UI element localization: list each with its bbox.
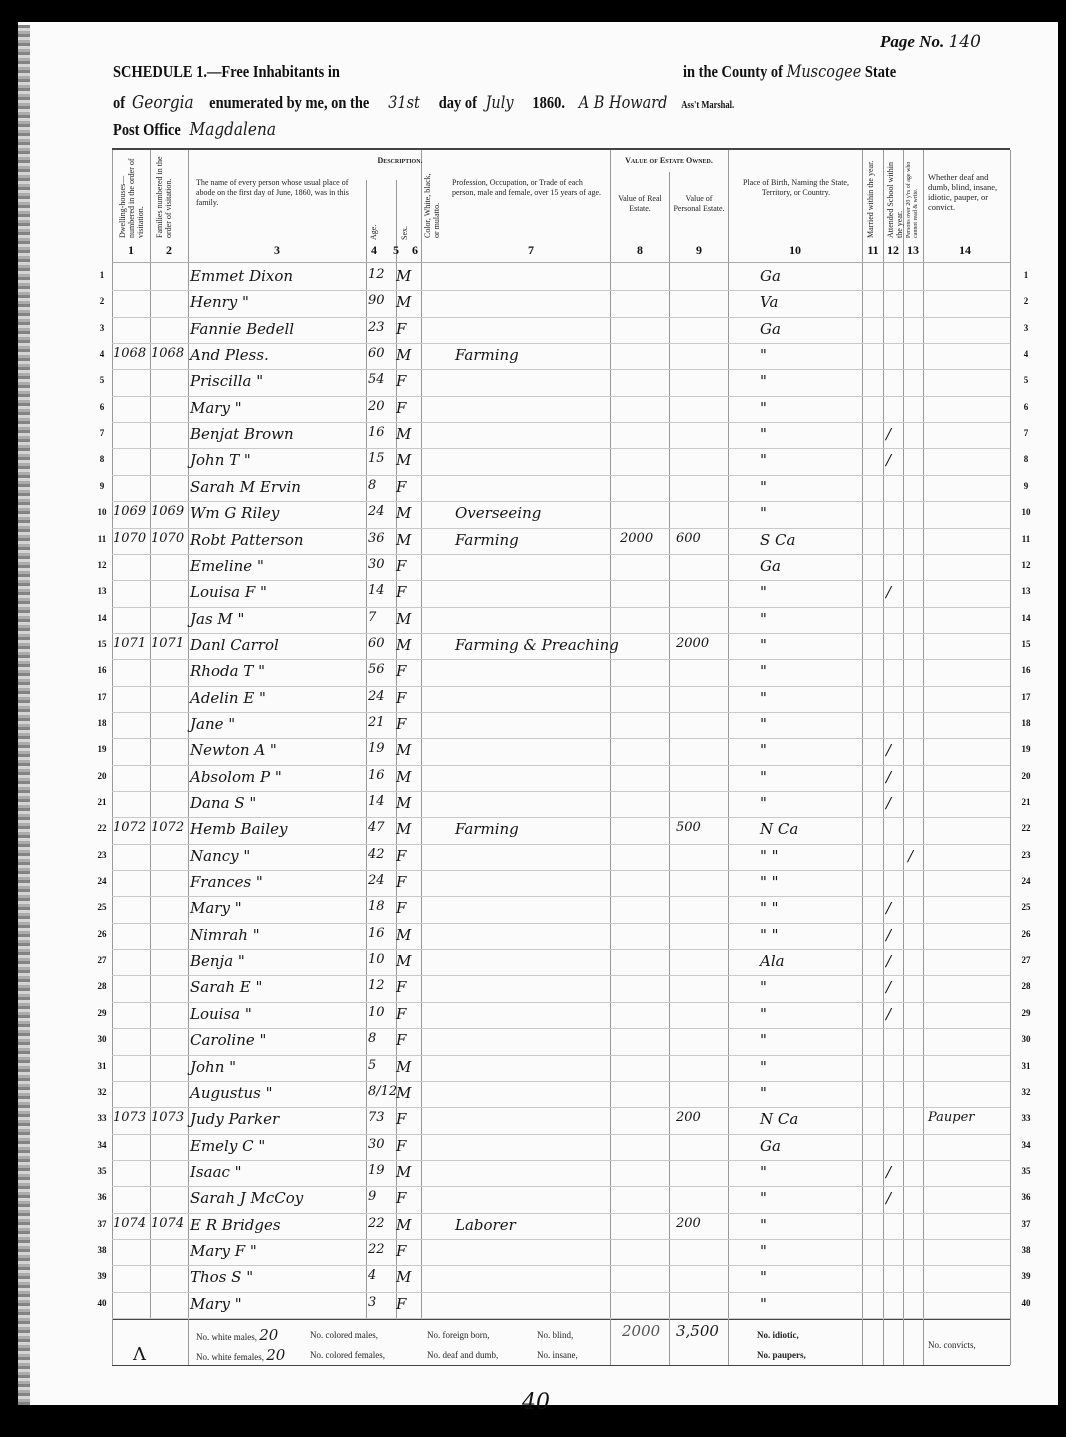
- person-name: Thos S ": [190, 1268, 253, 1286]
- person-age: 42: [368, 847, 385, 862]
- line-number-right: 10: [1018, 507, 1034, 517]
- line-number-right: 39: [1018, 1271, 1034, 1281]
- line-number-left: 32: [94, 1087, 110, 1097]
- person-age: 5: [368, 1058, 376, 1073]
- birthplace: " ": [760, 899, 779, 917]
- line-number-right: 34: [1018, 1140, 1034, 1150]
- col-line: [150, 150, 151, 1318]
- birthplace: ": [760, 583, 767, 601]
- person-age: 24: [368, 504, 385, 519]
- person-sex: F: [396, 320, 406, 338]
- person-name: Emmet Dixon: [190, 267, 293, 285]
- person-sex: F: [396, 372, 406, 390]
- person-age: 30: [368, 557, 385, 572]
- line-number-left: 39: [94, 1271, 110, 1281]
- person-age: 54: [368, 372, 385, 387]
- line-number-right: 29: [1018, 1008, 1034, 1018]
- line-number-right: 33: [1018, 1113, 1034, 1123]
- person-sex: F: [396, 689, 406, 707]
- dwelling-number: 1072: [113, 820, 146, 835]
- line-number-left: 3: [94, 323, 110, 333]
- line-number-left: 24: [94, 876, 110, 886]
- col-line: [421, 150, 422, 1318]
- row-divider: [112, 896, 1010, 897]
- footer-white-females: No. white females, 20: [196, 1346, 285, 1364]
- line-number-left: 38: [94, 1245, 110, 1255]
- col-number: 3: [262, 243, 292, 258]
- person-sex: M: [396, 1216, 411, 1234]
- person-age: 36: [368, 531, 385, 546]
- person-sex: M: [396, 1268, 411, 1286]
- row-divider: [112, 580, 1010, 581]
- birthplace: ": [760, 346, 767, 364]
- birthplace: ": [760, 978, 767, 996]
- person-name: Frances ": [190, 873, 263, 891]
- line-number-left: 6: [94, 402, 110, 412]
- person-sex: F: [396, 1295, 406, 1313]
- line-number-left: 14: [94, 613, 110, 623]
- person-sex: M: [396, 1084, 411, 1102]
- birthplace: ": [760, 504, 767, 522]
- line-number-left: 20: [94, 771, 110, 781]
- row-divider: [112, 607, 1010, 608]
- person-sex: F: [396, 1110, 406, 1128]
- school-mark: /: [886, 978, 891, 996]
- line-number-left: 10: [94, 507, 110, 517]
- row-divider: [112, 975, 1010, 976]
- line-number-right: 38: [1018, 1245, 1034, 1255]
- person-name: Mary ": [190, 1295, 242, 1313]
- person-name: Robt Patterson: [190, 531, 304, 549]
- state-value: Georgia: [132, 92, 194, 113]
- person-name: Sarah E ": [190, 978, 262, 996]
- school-mark: /: [886, 952, 891, 970]
- col-header-name: The name of every person whose usual pla…: [196, 178, 361, 208]
- line-number-left: 5: [94, 375, 110, 385]
- line-number-right: 36: [1018, 1192, 1034, 1202]
- col-header-school: Attended School within the year.: [886, 156, 904, 238]
- row-divider: [112, 923, 1010, 924]
- person-sex: M: [396, 1058, 411, 1076]
- birthplace: ": [760, 399, 767, 417]
- col-line: [112, 150, 113, 1365]
- footer-deaf-dumb: No. deaf and dumb,: [427, 1350, 498, 1360]
- person-sex: M: [396, 636, 411, 654]
- birthplace: ": [760, 451, 767, 469]
- person-age: 8: [368, 478, 376, 493]
- birthplace: ": [760, 1189, 767, 1207]
- birthplace: ": [760, 689, 767, 707]
- school-mark: /: [886, 1163, 891, 1181]
- line-number-left: 40: [94, 1298, 110, 1308]
- row-divider: [112, 870, 1010, 871]
- birthplace: ": [760, 1084, 767, 1102]
- person-name: Rhoda T ": [190, 662, 265, 680]
- person-age: 19: [368, 1163, 385, 1178]
- line-number-right: 32: [1018, 1087, 1034, 1097]
- line-number-left: 18: [94, 718, 110, 728]
- line-number-left: 21: [94, 797, 110, 807]
- line-number-right: 18: [1018, 718, 1034, 728]
- person-sex: M: [396, 293, 411, 311]
- footer-white-males: No. white males, 20: [196, 1326, 278, 1344]
- person-sex: F: [396, 1137, 406, 1155]
- line-number-left: 30: [94, 1034, 110, 1044]
- person-age: 20: [368, 399, 385, 414]
- row-divider: [112, 317, 1010, 318]
- person-name: Absolom P ": [190, 768, 282, 786]
- col-header-personal-estate: Value of Personal Estate.: [673, 194, 725, 214]
- person-name: Danl Carrol: [190, 636, 279, 654]
- line-number-left: 13: [94, 586, 110, 596]
- birthplace: " ": [760, 926, 779, 944]
- person-sex: M: [396, 610, 411, 628]
- person-name: Isaac ": [190, 1163, 242, 1181]
- person-sex: M: [396, 952, 411, 970]
- person-age: 22: [368, 1242, 385, 1257]
- person-sex: F: [396, 583, 406, 601]
- line-number-right: 9: [1018, 481, 1034, 491]
- line-number-left: 31: [94, 1061, 110, 1071]
- person-name: Jas M ": [190, 610, 244, 628]
- col-line: [188, 150, 189, 1365]
- school-mark: /: [886, 583, 891, 601]
- person-name: Newton A ": [190, 741, 277, 759]
- row-divider: [112, 712, 1010, 713]
- person-sex: F: [396, 478, 406, 496]
- condition: Pauper: [928, 1110, 975, 1125]
- person-name: Benja ": [190, 952, 245, 970]
- person-occupation: Farming & Preaching: [455, 636, 619, 654]
- footer-paupers: No. paupers,: [757, 1350, 806, 1360]
- col-line: [903, 150, 904, 1365]
- line-number-left: 36: [94, 1192, 110, 1202]
- col-number: 2: [154, 243, 184, 258]
- row-divider: [112, 686, 1010, 687]
- person-age: 9: [368, 1189, 376, 1204]
- person-age: 19: [368, 741, 385, 756]
- person-name: Priscilla ": [190, 372, 263, 390]
- dwelling-number: 1074: [113, 1216, 146, 1231]
- line-number-left: 33: [94, 1113, 110, 1123]
- line-number-left: 1: [94, 270, 110, 280]
- col-header-age: Age.: [369, 210, 378, 240]
- line-number-right: 2: [1018, 296, 1034, 306]
- of-label: of: [113, 93, 125, 112]
- person-name: Dana S ": [190, 794, 256, 812]
- dwelling-number: 1073: [113, 1110, 146, 1125]
- line-number-right: 5: [1018, 375, 1034, 385]
- person-sex: M: [396, 504, 411, 522]
- row-divider: [112, 1107, 1010, 1108]
- person-name: Mary F ": [190, 1242, 257, 1260]
- line-number-left: 23: [94, 850, 110, 860]
- line-number-left: 29: [94, 1008, 110, 1018]
- person-name: Hemb Bailey: [190, 820, 287, 838]
- col-line: [366, 180, 367, 1318]
- person-name: And Pless.: [190, 346, 269, 364]
- person-sex: M: [396, 425, 411, 443]
- person-age: 16: [368, 926, 385, 941]
- person-sex: M: [396, 451, 411, 469]
- person-sex: F: [396, 899, 406, 917]
- person-sex: F: [396, 1005, 406, 1023]
- col-number: 13: [898, 243, 928, 258]
- person-age: 60: [368, 346, 385, 361]
- state-label: State: [865, 62, 896, 81]
- dwelling-number: 1069: [113, 504, 146, 519]
- family-number: 1074: [151, 1216, 184, 1231]
- cannot-read-mark: /: [908, 847, 913, 865]
- margin-mark: Λ: [133, 1344, 146, 1365]
- binding-edge: [18, 25, 30, 1405]
- birthplace: ": [760, 636, 767, 654]
- birthplace: ": [760, 1268, 767, 1286]
- page-number: Page No. 140: [880, 32, 981, 52]
- day-of-label: day of: [439, 93, 477, 112]
- col-number: 1: [116, 243, 146, 258]
- birthplace: N Ca: [760, 1110, 798, 1128]
- birthplace: ": [760, 1216, 767, 1234]
- post-office-line: Post Office Magdalena: [113, 119, 276, 140]
- person-occupation: Farming: [455, 346, 519, 364]
- line-number-right: 28: [1018, 981, 1034, 991]
- line-number-right: 16: [1018, 665, 1034, 675]
- school-mark: /: [886, 794, 891, 812]
- footer-blind: No. blind,: [537, 1330, 573, 1340]
- person-sex: M: [396, 346, 411, 364]
- row-divider: [112, 1213, 1010, 1214]
- white-females-label: No. white females,: [196, 1352, 264, 1362]
- marshal-name: A B Howard: [579, 93, 668, 113]
- school-mark: /: [886, 899, 891, 917]
- person-age: 3: [368, 1295, 376, 1310]
- person-age: 8/12: [368, 1084, 397, 1099]
- school-mark: /: [886, 451, 891, 469]
- footer-insane: No. insane,: [537, 1350, 578, 1360]
- col-line: [1010, 150, 1011, 1365]
- col-line: [862, 150, 863, 1365]
- person-name: Henry ": [190, 293, 249, 311]
- birthplace: ": [760, 1058, 767, 1076]
- col-header-cannot-read: Persons over 20 y'rs of age who cannot r…: [906, 152, 920, 238]
- row-divider: [112, 949, 1010, 950]
- col-number: 8: [625, 243, 655, 258]
- col-header-value-group: Value of Estate Owned.: [612, 156, 726, 166]
- person-name: John ": [190, 1058, 236, 1076]
- birthplace: Ga: [760, 320, 781, 338]
- col-line: [923, 150, 924, 1365]
- col-line: [610, 150, 611, 1365]
- person-age: 12: [368, 267, 385, 282]
- col-header-family: Families numbered in the order of visita…: [155, 156, 173, 238]
- page-number-label: Page No.: [880, 32, 944, 51]
- row-divider: [112, 343, 1010, 344]
- post-office-value: Magdalena: [190, 119, 276, 140]
- person-name: Caroline ": [190, 1031, 266, 1049]
- bottom-annotation: 40: [522, 1390, 550, 1415]
- line-number-right: 22: [1018, 823, 1034, 833]
- col-number: 14: [950, 243, 980, 258]
- birthplace: " ": [760, 873, 779, 891]
- person-age: 12: [368, 978, 385, 993]
- line-number-right: 30: [1018, 1034, 1034, 1044]
- row-divider: [112, 290, 1010, 291]
- person-sex: F: [396, 662, 406, 680]
- page-number-value: 140: [948, 32, 980, 52]
- person-name: Mary ": [190, 399, 242, 417]
- white-males-label: No. white males,: [196, 1332, 257, 1342]
- person-age: 7: [368, 610, 376, 625]
- white-males-value: 20: [259, 1326, 278, 1344]
- row-divider: [112, 1028, 1010, 1029]
- person-name: Louisa ": [190, 1005, 252, 1023]
- line-number-right: 26: [1018, 929, 1034, 939]
- row-divider: [112, 1002, 1010, 1003]
- birthplace: Va: [760, 293, 778, 311]
- dwelling-number: 1071: [113, 636, 146, 651]
- line-number-left: 25: [94, 902, 110, 912]
- row-divider: [112, 501, 1010, 502]
- row-divider: [112, 554, 1010, 555]
- line-number-right: 4: [1018, 349, 1034, 359]
- personal-estate-value: 600: [676, 531, 701, 546]
- person-name: Fannie Bedell: [190, 320, 294, 338]
- person-sex: F: [396, 557, 406, 575]
- person-sex: M: [396, 794, 411, 812]
- col-header-condition: Whether deaf and dumb, blind, insane, id…: [928, 172, 1008, 212]
- line-number-right: 31: [1018, 1061, 1034, 1071]
- footer-colored-females: No. colored females,: [310, 1350, 385, 1360]
- col-number: 6: [400, 243, 430, 258]
- row-divider: [112, 817, 1010, 818]
- birthplace: " ": [760, 847, 779, 865]
- row-divider: [112, 1239, 1010, 1240]
- school-mark: /: [886, 1005, 891, 1023]
- county-value: Muscogee: [787, 62, 862, 82]
- line-number-left: 26: [94, 929, 110, 939]
- line-number-right: 21: [1018, 797, 1034, 807]
- row-divider: [112, 633, 1010, 634]
- personal-estate-value: 2000: [676, 636, 709, 651]
- person-age: 16: [368, 425, 385, 440]
- person-occupation: Laborer: [455, 1216, 516, 1234]
- person-sex: M: [396, 531, 411, 549]
- line-number-right: 14: [1018, 613, 1034, 623]
- row-divider: [112, 1292, 1010, 1293]
- row-divider: [112, 396, 1010, 397]
- line-number-right: 6: [1018, 402, 1034, 412]
- birthplace: ": [760, 1242, 767, 1260]
- col-number: 9: [684, 243, 714, 258]
- person-name: Nancy ": [190, 847, 250, 865]
- real-estate-value: 2000: [620, 531, 653, 546]
- col-header-real-estate: Value of Real Estate.: [614, 194, 666, 214]
- line-number-right: 8: [1018, 454, 1034, 464]
- person-name: John T ": [190, 451, 251, 469]
- white-females-value: 20: [266, 1346, 285, 1364]
- line-number-left: 34: [94, 1140, 110, 1150]
- person-occupation: Farming: [455, 531, 519, 549]
- person-sex: M: [396, 768, 411, 786]
- line-number-right: 1: [1018, 270, 1034, 280]
- line-number-left: 16: [94, 665, 110, 675]
- post-office-label: Post Office: [113, 120, 181, 139]
- person-age: 8: [368, 1031, 376, 1046]
- line-number-right: 3: [1018, 323, 1034, 333]
- birthplace: Ala: [760, 952, 785, 970]
- row-divider: [112, 528, 1010, 529]
- header-divider: [112, 262, 1010, 263]
- footer-colored-males: No. colored males,: [310, 1330, 378, 1340]
- person-occupation: Farming: [455, 820, 519, 838]
- col-line: [728, 150, 729, 1365]
- line-number-left: 4: [94, 349, 110, 359]
- person-name: Augustus ": [190, 1084, 273, 1102]
- row-divider: [112, 844, 1010, 845]
- footer-bottom-rule: [112, 1365, 1010, 1366]
- line-number-right: 13: [1018, 586, 1034, 596]
- row-divider: [112, 448, 1010, 449]
- person-age: 15: [368, 451, 385, 466]
- birthplace: ": [760, 794, 767, 812]
- row-divider: [112, 1186, 1010, 1187]
- col-header-dwelling: Dwelling-houses—numbered in the order of…: [118, 156, 145, 238]
- row-divider: [112, 1134, 1010, 1135]
- line-number-left: 27: [94, 955, 110, 965]
- person-age: 30: [368, 1137, 385, 1152]
- row-divider: [112, 1265, 1010, 1266]
- birthplace: ": [760, 662, 767, 680]
- birthplace: ": [760, 1295, 767, 1313]
- person-age: 24: [368, 873, 385, 888]
- person-sex: F: [396, 1031, 406, 1049]
- person-age: 56: [368, 662, 385, 677]
- family-number: 1073: [151, 1110, 184, 1125]
- col-header-birthplace: Place of Birth, Naming the State, Territ…: [735, 178, 857, 198]
- col-header-occupation: Profession, Occupation, or Trade of each…: [452, 178, 604, 198]
- person-age: 21: [368, 715, 385, 730]
- school-mark: /: [886, 425, 891, 443]
- person-name: Benjat Brown: [190, 425, 294, 443]
- row-divider: [112, 422, 1010, 423]
- birthplace: ": [760, 610, 767, 628]
- family-number: 1069: [151, 504, 184, 519]
- month-value: July: [486, 93, 514, 113]
- person-age: 14: [368, 583, 385, 598]
- line-number-left: 15: [94, 639, 110, 649]
- birthplace: ": [760, 768, 767, 786]
- row-divider: [112, 369, 1010, 370]
- personal-estate-value: 200: [676, 1110, 701, 1125]
- line-number-left: 9: [94, 481, 110, 491]
- row-divider: [112, 1160, 1010, 1161]
- birthplace: ": [760, 372, 767, 390]
- day-value: 31st: [388, 93, 420, 113]
- family-number: 1068: [151, 346, 184, 361]
- person-name: Judy Parker: [190, 1110, 279, 1128]
- birthplace: ": [760, 478, 767, 496]
- person-sex: F: [396, 847, 406, 865]
- col-header-married: Married within the year.: [866, 156, 875, 238]
- person-sex: M: [396, 267, 411, 285]
- person-name: Sarah J McCoy: [190, 1189, 303, 1207]
- line-number-right: 19: [1018, 744, 1034, 754]
- footer-idiotic: No. idiotic,: [757, 1330, 799, 1340]
- row-divider: [112, 659, 1010, 660]
- row-divider: [112, 791, 1010, 792]
- col-header-color: Color, White, black, or mulatto.: [423, 168, 437, 238]
